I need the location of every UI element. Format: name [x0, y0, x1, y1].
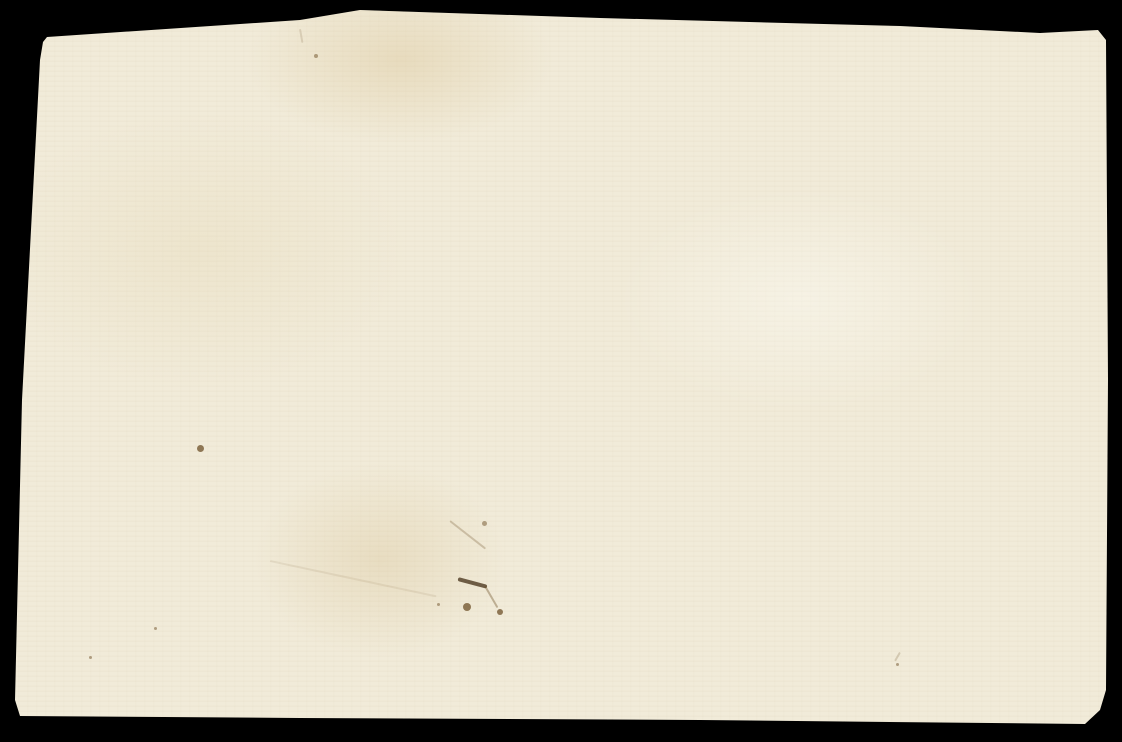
ink-stroke [457, 577, 487, 589]
stain-dot [896, 663, 899, 666]
photo-scene [0, 0, 1122, 742]
stain-dot [497, 609, 503, 615]
ink-stroke [484, 586, 498, 609]
stain-dot [314, 54, 318, 58]
ink-stroke [894, 652, 901, 662]
ink-stroke [449, 520, 486, 549]
stain-dot [482, 521, 487, 526]
aged-paper-sheet [0, 0, 1122, 742]
stain-dot [463, 603, 471, 611]
ink-stroke [299, 29, 303, 43]
stain-dot [437, 603, 440, 606]
stain-dot [89, 656, 92, 659]
ink-stroke [270, 560, 437, 597]
stain-dot [154, 627, 157, 630]
stain-dot [197, 445, 204, 452]
